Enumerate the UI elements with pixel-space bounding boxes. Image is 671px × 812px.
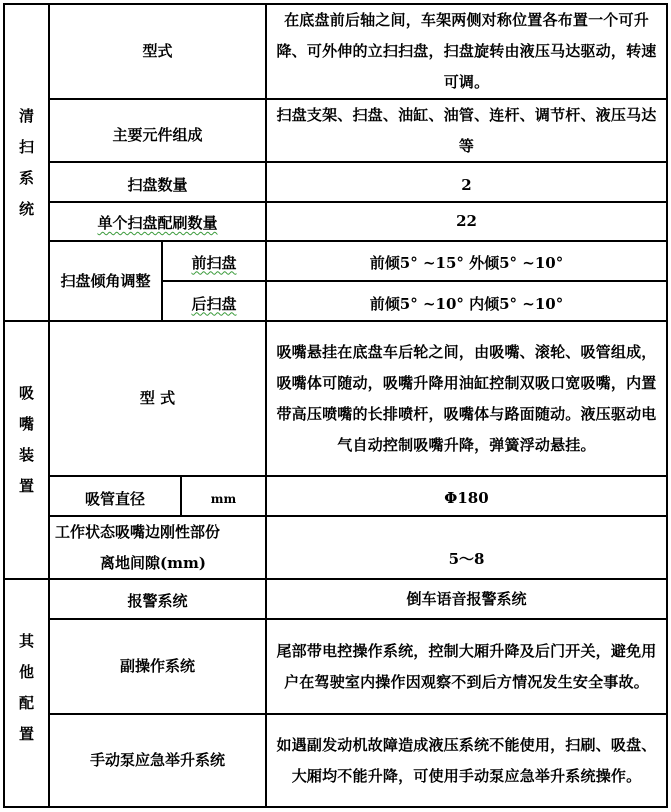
value-alarm-system: 倒车语音报警系统	[267, 580, 666, 618]
value-bristles-per-brush: 22	[267, 203, 666, 240]
value-ground-clearance: 5～8	[267, 517, 666, 578]
value-main-components: 扫盘支架、扫盘、油缸、油管、连杆、调节杆、液压马达等	[267, 100, 666, 161]
value-brush-count: 2	[267, 163, 666, 201]
label-rear-brush: 后扫盘	[163, 282, 265, 320]
value-front-brush-tilt: 前倾5° ~15° 外倾5° ~10°	[267, 242, 666, 280]
label-ground-clearance: 工作状态吸嘴边刚性部份 离地间隙(mm)	[50, 517, 265, 578]
value-manual-pump-emergency-lift: 如遇副发动机故障造成液压系统不能使用，扫刷、吸盘、大厢均不能升降，可使用手动泵应…	[267, 715, 666, 806]
label-bristles-per-brush: 单个扫盘配刷数量	[50, 203, 265, 240]
label-type: 型式	[50, 5, 265, 98]
value-type: 在底盘前后轴之间，车架两侧对称位置各布置一个可升降、可外伸的立扫扫盘，扫盘旋转由…	[267, 5, 666, 98]
section-title-char: 他	[19, 657, 34, 688]
label-secondary-operation-system: 副操作系统	[50, 620, 265, 713]
section-title-char: 系	[19, 163, 34, 194]
label-suction-pipe-diameter: 吸管直径	[50, 477, 180, 515]
section-title-other-config: 其 他 配 置	[5, 580, 48, 806]
label-nozzle-type: 型 式	[50, 322, 265, 475]
label-alarm-system: 报警系统	[50, 580, 265, 618]
label-manual-pump-emergency-lift: 手动泵应急举升系统	[50, 715, 265, 806]
section-title-char: 置	[19, 471, 34, 502]
section-title-char: 嘴	[19, 409, 34, 440]
label-main-components: 主要元件组成	[50, 100, 265, 161]
label-text: 后扫盘	[191, 289, 236, 320]
section-title-char: 装	[19, 440, 34, 471]
section-title-suction-nozzle: 吸 嘴 装 置	[5, 322, 48, 578]
section-title-char: 配	[19, 688, 34, 719]
label-front-brush: 前扫盘	[163, 242, 265, 280]
label-brush-tilt-adjust: 扫盘倾角调整	[50, 242, 161, 320]
table-border-right	[666, 3, 668, 808]
value-secondary-operation-system: 尾部带电控操作系统，控制大厢升降及后门开关，避免用户在驾驶室内操作因观察不到后方…	[267, 620, 666, 713]
section-title-char: 清	[19, 101, 34, 132]
unit-suction-pipe-diameter: mm	[182, 477, 265, 515]
label-line-2: 离地间隙(mm)	[50, 548, 206, 579]
section-title-char: 扫	[19, 132, 34, 163]
section-title-char: 其	[19, 626, 34, 657]
label-text: 前扫盘	[191, 248, 236, 279]
value-nozzle-type: 吸嘴悬挂在底盘车后轮之间，由吸嘴、滚轮、吸管组成，吸嘴体可随动，吸嘴升降用油缸控…	[267, 322, 666, 475]
label-line-1: 工作状态吸嘴边刚性部份	[50, 517, 220, 548]
section-title-char: 置	[19, 719, 34, 750]
value-suction-pipe-diameter: Φ180	[267, 477, 666, 515]
section-title-char: 统	[19, 194, 34, 225]
value-rear-brush-tilt: 前倾5° ~10° 内倾5° ~10°	[267, 282, 666, 320]
section-title-cleaning-system: 清 扫 系 统	[5, 5, 48, 320]
label-text: 单个扫盘配刷数量	[97, 208, 217, 239]
table-border-bottom	[3, 806, 668, 808]
label-brush-count: 扫盘数量	[50, 163, 265, 201]
section-title-char: 吸	[19, 378, 34, 409]
